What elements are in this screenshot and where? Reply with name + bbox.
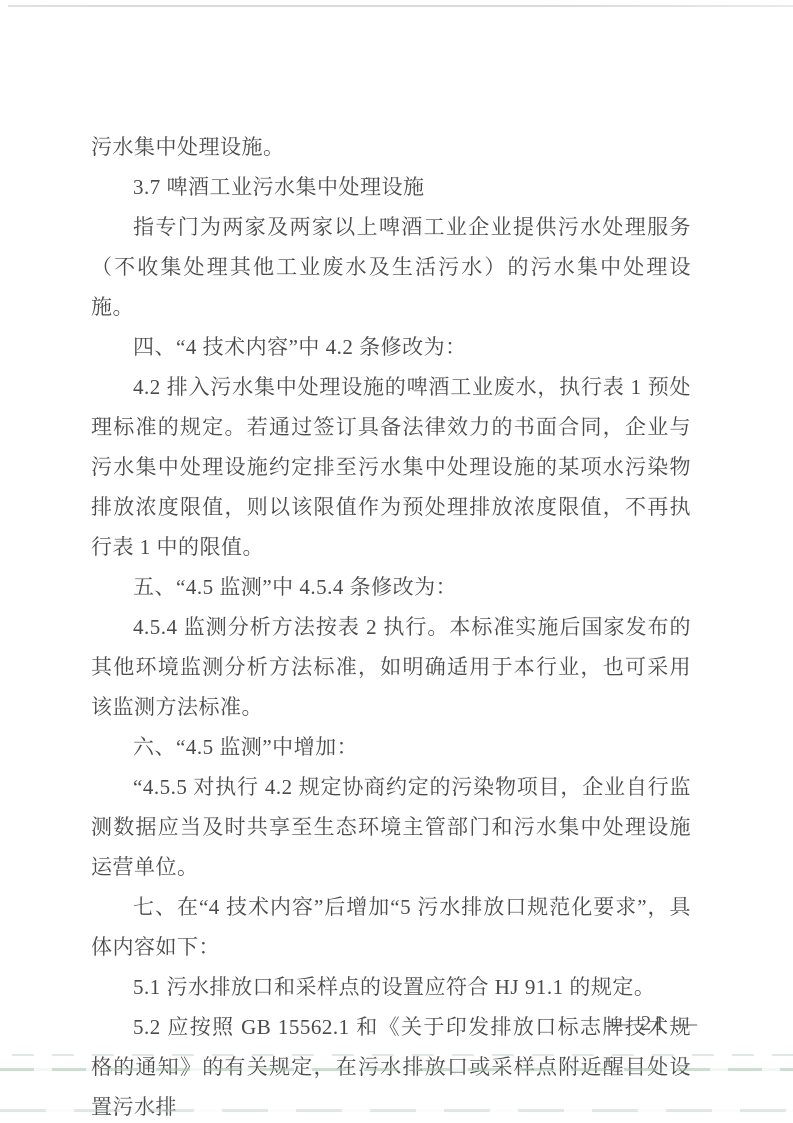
paragraph: 3.7 啤酒工业污水集中处理设施 — [91, 167, 691, 207]
paragraph: “4.5.5 对执行 4.2 规定协商约定的污染物项目，企业自行监测数据应当及时… — [91, 767, 691, 887]
document-body: 污水集中处理设施。3.7 啤酒工业污水集中处理设施指专门为两家及两家以上啤酒工业… — [91, 127, 691, 1123]
paragraph: 5.2 应按照 GB 15562.1 和《关于印发排放口标志牌技术规格的通知》的… — [91, 1007, 691, 1123]
paragraph: 4.5.4 监测分析方法按表 2 执行。本标准实施后国家发布的其他环境监测分析方… — [91, 607, 691, 727]
document-page: 污水集中处理设施。3.7 啤酒工业污水集中处理设施指专门为两家及两家以上啤酒工业… — [0, 0, 793, 1123]
paragraph: 四、“4 技术内容”中 4.2 条修改为： — [91, 327, 691, 367]
paragraph: 六、“4.5 监测”中增加： — [91, 727, 691, 767]
paragraph: 指专门为两家及两家以上啤酒工业企业提供污水处理服务（不收集处理其他工业废水及生活… — [91, 207, 691, 327]
scan-edge-top-line — [8, 5, 793, 7]
paragraph: 污水集中处理设施。 — [91, 127, 691, 167]
page-number: — 21 — — [609, 1007, 701, 1039]
paragraph: 5.1 污水排放口和采样点的设置应符合 HJ 91.1 的规定。 — [91, 967, 691, 1007]
paragraph: 4.2 排入污水集中处理设施的啤酒工业废水，执行表 1 预处理标准的规定。若通过… — [91, 367, 691, 567]
paragraph: 五、“4.5 监测”中 4.5.4 条修改为： — [91, 567, 691, 607]
paragraph: 七、在“4 技术内容”后增加“5 污水排放口规范化要求”，具体内容如下： — [91, 887, 691, 967]
